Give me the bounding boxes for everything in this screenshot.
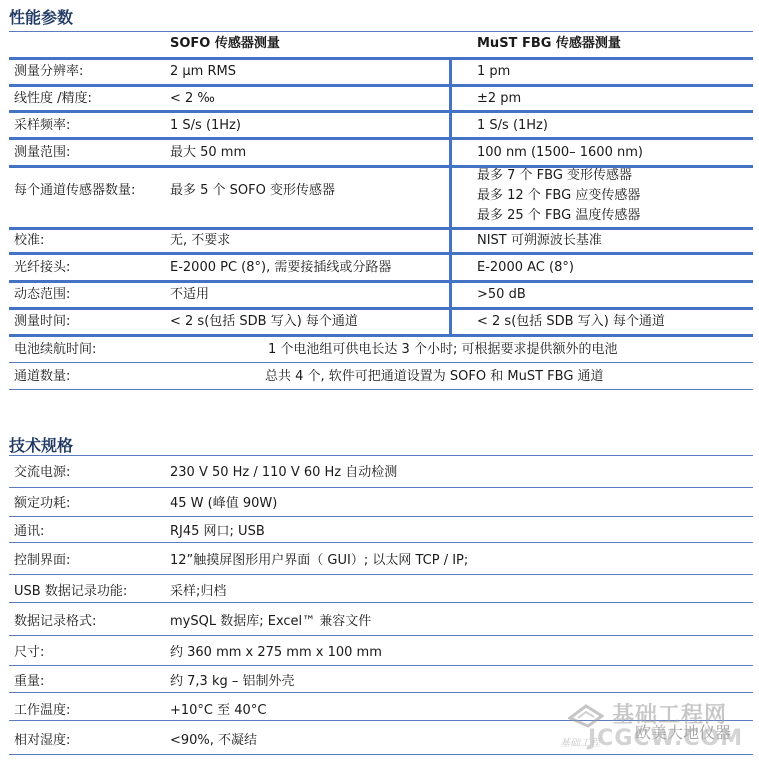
watermark-site-cn: 基础工程网 (612, 698, 727, 729)
row-label: 每个通道传感器数量: (14, 181, 135, 201)
divider (9, 84, 753, 87)
row-label: 电池续航时间: (14, 340, 96, 360)
divider (9, 110, 753, 113)
row-label: 重量: (14, 672, 44, 692)
watermark: 基础工程网 JCGCW.COM 欧美大地仪器 基础工程 (560, 698, 755, 758)
row-value: 230 V 50 Hz / 110 V 60 Hz 自动检测 (170, 463, 397, 483)
row-label: 采样频率: (14, 116, 70, 136)
divider (9, 692, 753, 693)
sofo-value: 最多 5 个 SOFO 变形传感器 (170, 181, 335, 201)
row-value: <90%, 不凝结 (170, 731, 257, 751)
fbg-value: 1 pm (477, 62, 510, 82)
row-label: 工作温度: (14, 701, 70, 721)
row-value: 12”触摸屏图形用户界面（ GUI）; 以太网 TCP / IP; (170, 551, 468, 571)
divider (9, 487, 753, 488)
row-label: 测量分辨率: (14, 62, 83, 82)
span-value: 总共 4 个, 软件可把通道设置为 SOFO 和 MuST FBG 通道 (265, 367, 604, 387)
divider (9, 227, 753, 230)
watermark-site-en: JCGCW.COM (588, 726, 743, 751)
row-value: RJ45 网口; USB (170, 522, 265, 542)
divider (9, 635, 753, 636)
divider (9, 137, 753, 140)
divider (9, 334, 753, 337)
row-value: 约 360 mm x 275 mm x 100 mm (170, 643, 382, 663)
row-label: 测量时间: (14, 312, 70, 332)
row-label: 相对湿度: (14, 731, 70, 751)
sofo-value: 1 S/s (1Hz) (170, 116, 241, 136)
row-value: 约 7,3 kg – 铝制外壳 (170, 672, 294, 692)
row-value: 45 W (峰值 90W) (170, 494, 277, 514)
sofo-value: < 2 s(包括 SDB 写入) 每个通道 (170, 312, 358, 332)
fbg-value: 1 S/s (1Hz) (477, 116, 548, 136)
fbg-value: E-2000 AC (8°) (477, 258, 574, 278)
divider (9, 165, 753, 168)
divider (9, 280, 753, 283)
row-value: +10°C 至 40°C (170, 701, 266, 721)
watermark-small: 基础工程 (560, 734, 600, 749)
fbg-value: NIST 可朔源波长基准 (477, 231, 602, 251)
sofo-value: 不适用 (170, 285, 209, 305)
fbg-value: 100 nm (1500– 1600 nm) (477, 143, 643, 163)
row-label: 尺寸: (14, 643, 44, 663)
watermark-account: 欧美大地仪器 (635, 720, 731, 743)
row-value: 采样;归档 (170, 582, 226, 602)
sofo-value: < 2 ‰ (170, 89, 215, 109)
fbg-value: ±2 pm (477, 89, 521, 109)
divider (9, 389, 753, 390)
fbg-value-line: 最多 7 个 FBG 变形传感器 (477, 166, 632, 186)
divider (9, 574, 753, 575)
col-header-sofo: SOFO 传感器测量 (170, 34, 280, 54)
row-label: 动态范围: (14, 285, 70, 305)
row-label: 数据记录格式: (14, 612, 96, 632)
section-title-performance: 性能参数 (9, 5, 73, 28)
row-label: 通讯: (14, 522, 44, 542)
row-label: 光纤接头: (14, 258, 70, 278)
divider (9, 602, 753, 603)
divider (9, 307, 753, 310)
sofo-value: 最大 50 mm (170, 143, 246, 163)
row-label: 交流电源: (14, 463, 70, 483)
row-label: 测量范围: (14, 143, 70, 163)
row-value: mySQL 数据库; Excel™ 兼容文件 (170, 612, 371, 632)
span-value: 1 个电池组可供电长达 3 个小时; 可根据要求提供额外的电池 (268, 340, 617, 360)
fbg-value: < 2 s(包括 SDB 写入) 每个通道 (477, 312, 665, 332)
fbg-value: >50 dB (477, 285, 526, 305)
fbg-value-line: 最多 25 个 FBG 温度传感器 (477, 206, 640, 226)
row-label: 通道数量: (14, 367, 70, 387)
divider (9, 252, 753, 255)
row-label: USB 数据记录功能: (14, 582, 127, 602)
col-header-fbg: MuST FBG 传感器测量 (477, 34, 621, 54)
divider (9, 754, 753, 755)
section-title-specs: 技术规格 (9, 433, 73, 456)
row-label: 校准: (14, 231, 44, 251)
fbg-value-line: 最多 12 个 FBG 应变传感器 (477, 186, 640, 206)
row-label: 额定功耗: (14, 494, 70, 514)
sofo-value: E-2000 PC (8°), 需要接插线或分路器 (170, 258, 391, 278)
divider (9, 455, 753, 456)
row-label: 控制界面: (14, 551, 70, 571)
divider (9, 31, 753, 32)
row-label: 线性度 /精度: (14, 89, 92, 109)
divider (9, 542, 753, 543)
divider (9, 516, 753, 517)
sofo-value: 2 µm RMS (170, 62, 236, 82)
watermark-logo-icon (568, 704, 604, 728)
sofo-value: 无, 不要求 (170, 231, 230, 251)
divider (9, 57, 753, 60)
divider (9, 362, 753, 363)
divider (9, 720, 753, 721)
divider (9, 665, 753, 666)
column-divider (449, 57, 452, 337)
